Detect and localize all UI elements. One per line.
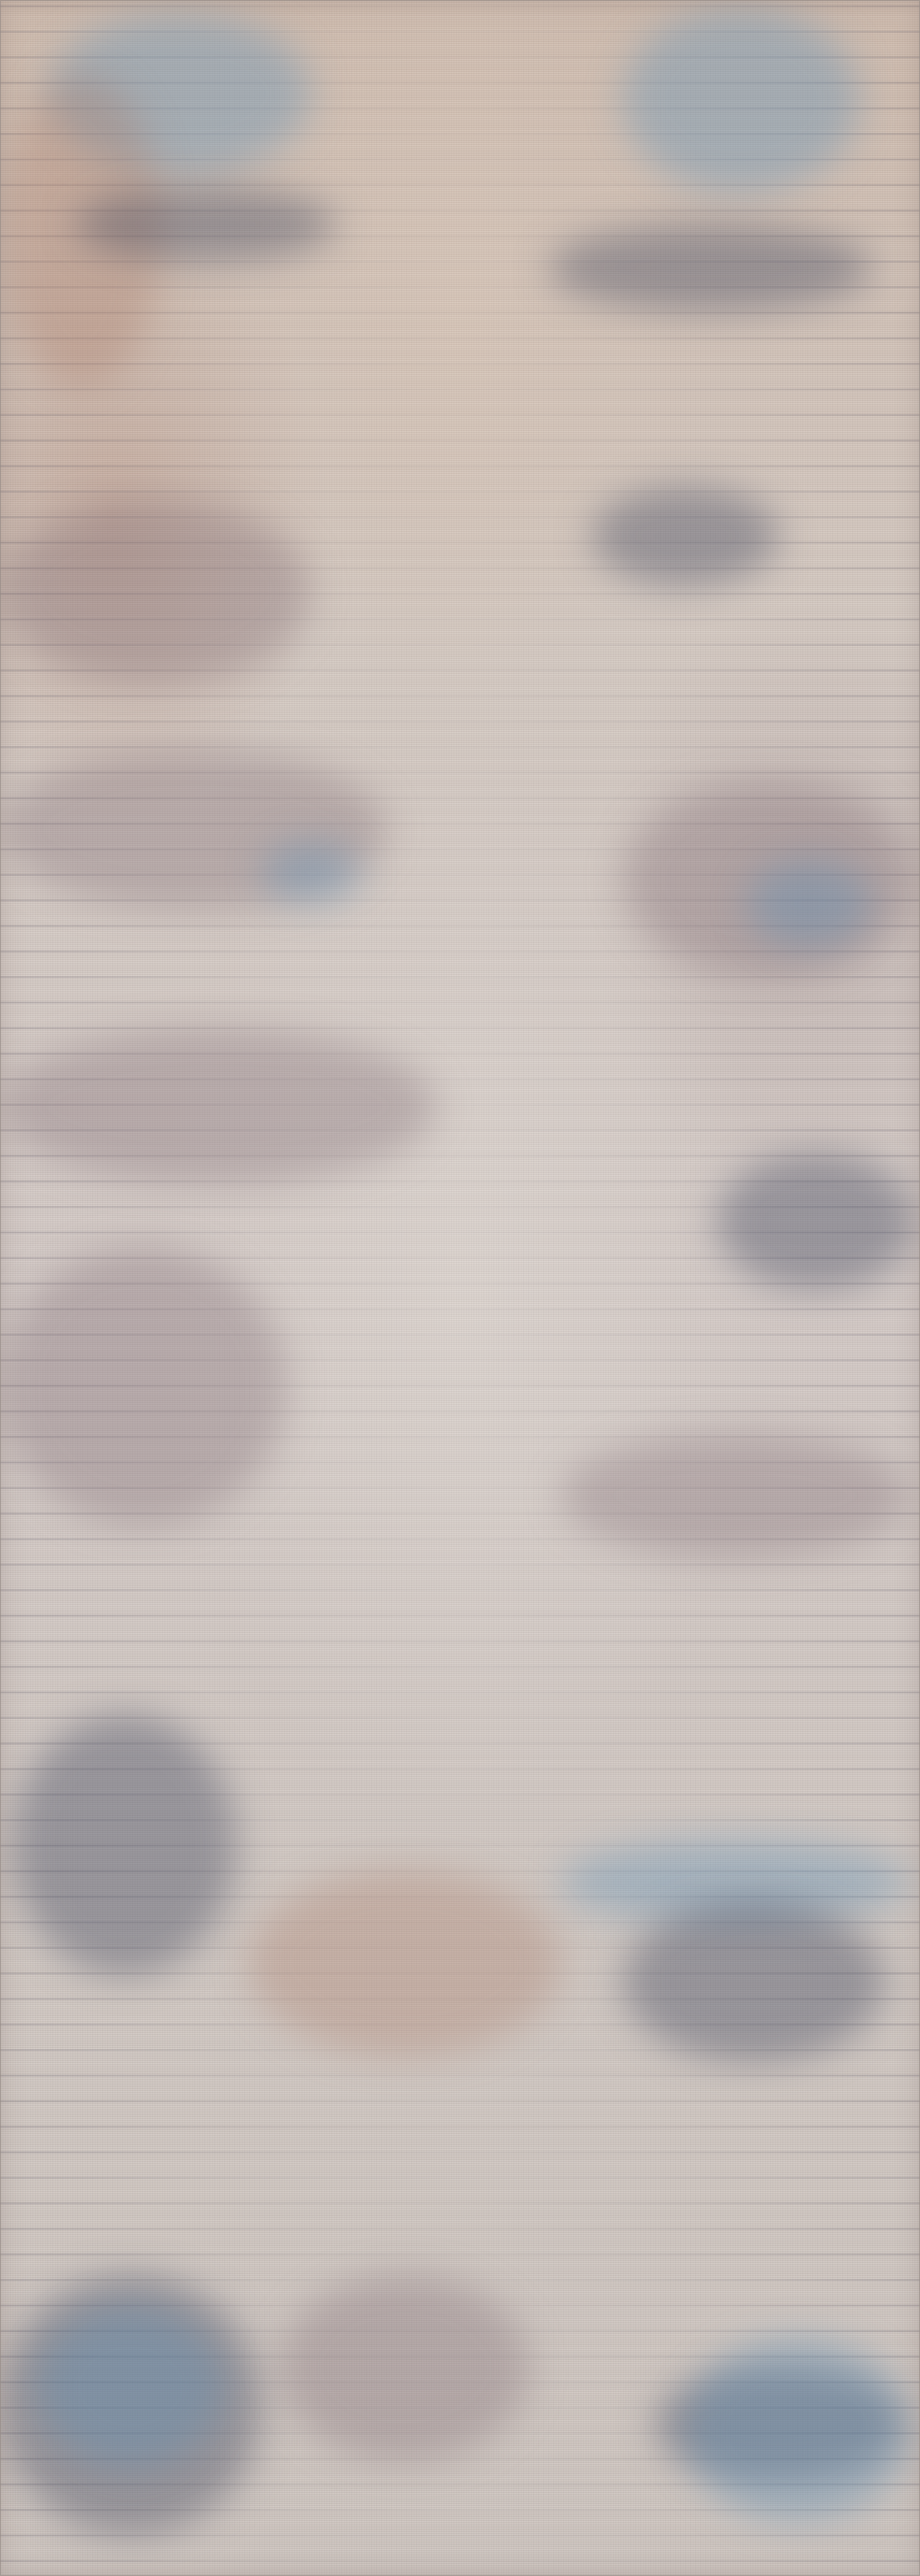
rug-runner-image	[0, 0, 920, 2576]
rug-edge	[0, 0, 920, 2576]
